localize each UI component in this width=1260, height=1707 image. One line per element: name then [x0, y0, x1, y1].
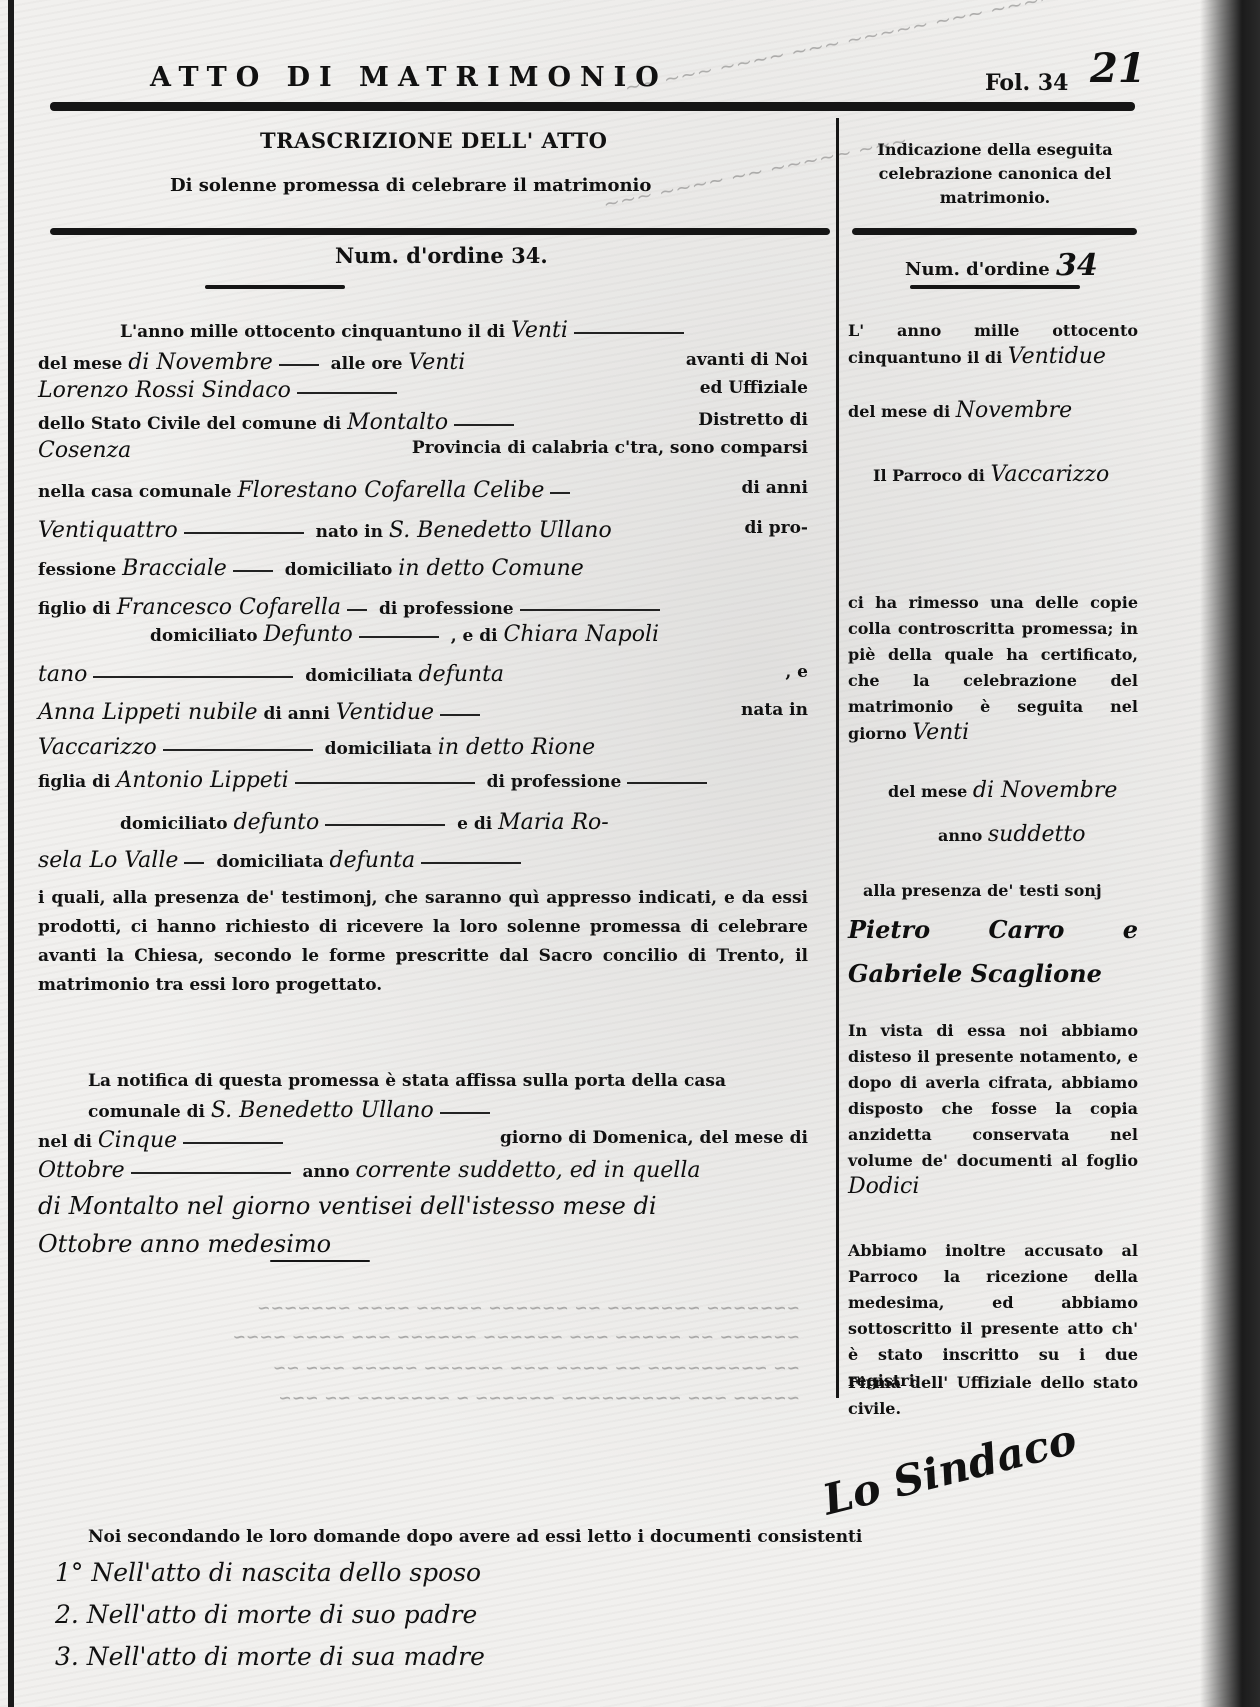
order-number: Num. d'ordine 34. [335, 243, 548, 268]
body-line-1: L'anno mille ottocento cinquantuno il di… [120, 318, 690, 343]
right-order-hand: 34 [1056, 248, 1098, 283]
bleed-through-text: ~~~~~ ~~~ ~~~~~~~~~ ~~~~~~ ~ ~~~~~~~ ~~ … [80, 1388, 800, 1407]
document-item-3: 3. Nell'atto di morte di sua madre [55, 1642, 485, 1671]
document-item-1: 1° Nell'atto di nascita dello sposo [55, 1558, 481, 1587]
right-registration-text: In vista di essa noi abbiamo disteso il … [848, 1018, 1138, 1201]
document-item-2: 2. Nell'atto di morte di suo padre [55, 1600, 477, 1629]
right-parish-line: Il Parroco di Vaccarizzo [848, 462, 1163, 489]
right-witness-label: alla presenza de' testi sonj [848, 878, 1153, 904]
section-rule [50, 228, 830, 235]
right-month-line: del mese di Novembre [848, 398, 1138, 425]
body-line-14: figlia di Antonio Lippeti di professione [38, 768, 808, 793]
official-signature: Lo Sindaco [818, 1414, 1081, 1524]
bleed-through-text: ~~~~~~~ ~~~~~~~ ~~ ~~~~~~ ~~~~~ ~~~~ ~~~… [80, 1298, 800, 1317]
notification-line-3: Ottobre anno corrente suddetto, ed in qu… [38, 1158, 808, 1183]
bleed-through-text: ~~~~~~ ~~ ~~~~~ ~~~ ~~~~~~ ~~~~~~ ~~~ ~~… [80, 1327, 800, 1346]
body-line-15: domiciliato defunto e di Maria Ro- [120, 810, 808, 835]
right-signature-label: Firma dell' Uffiziale dello stato civile… [848, 1370, 1138, 1422]
right-certification-text: ci ha rimesso una delle copie colla cont… [848, 590, 1138, 747]
body-line-13: Vaccarizzo domiciliata in detto Rione [38, 735, 808, 760]
body-line-16: sela Lo Valle domiciliata defunta [38, 848, 808, 873]
body-line-8: fessione Bracciale domiciliato in detto … [38, 556, 808, 581]
body-line-6: nella casa comunale Florestano Cofarella… [38, 478, 808, 503]
right-intro-text: L' anno mille ottocento cinquantuno il d… [848, 318, 1138, 371]
notification-handwritten-2: Ottobre anno medesimo [38, 1230, 331, 1258]
right-section-title: Indicazione della eseguita celebrazione … [855, 138, 1135, 210]
register-page: ~~ ~~~ ~~~~ ~~~ ~~~~~ ~~~ ~~~~ ~~~ ~~~~ … [0, 0, 1260, 1707]
short-rule [205, 285, 345, 289]
body-line-7: Ventiquattro nato in S. Benedetto Ullano… [38, 518, 808, 543]
column-divider [836, 118, 839, 1398]
notification-line-2: nel di Cinque giorno di Domenica, del me… [38, 1128, 808, 1153]
documents-intro: Noi secondando le loro domande dopo aver… [88, 1527, 862, 1547]
body-line-12: Anna Lippeti nubile di anni Ventidue nat… [38, 700, 808, 725]
body-line-9: figlio di Francesco Cofarella di profess… [38, 595, 808, 620]
promise-paragraph: i quali, alla presenza de' testimonj, ch… [38, 884, 808, 1000]
body-line-2: del mese di Novembre alle ore Venti avan… [38, 350, 808, 375]
right-short-rule [910, 285, 1080, 289]
body-line-10: domiciliato Defunto , e di Chiara Napoli [150, 622, 808, 647]
folio-handwritten-number: 21 [1090, 45, 1146, 92]
right-celebration-month: del mese di Novembre [848, 778, 1178, 805]
page-gutter-shadow [1200, 0, 1260, 1707]
body-line-5: Cosenza Provincia di calabria c'tra, son… [38, 438, 808, 463]
body-line-4: dello Stato Civile del comune di Montalt… [38, 410, 808, 435]
right-order-number: Num. d'ordine 34 [905, 248, 1098, 283]
header-rule [50, 102, 1135, 111]
right-section-rule [852, 228, 1137, 235]
blank-line [270, 1260, 370, 1262]
section-title: TRASCRIZIONE DELL' ATTO [260, 128, 607, 153]
bleed-through-text: ~~ ~~~~~~~~~ ~~ ~~~~ ~~~ ~~~~~~ ~~~~~ ~~… [80, 1358, 800, 1377]
right-celebration-year: anno suddetto [848, 822, 1228, 849]
notification-paragraph: La notifica di questa promessa è stata a… [88, 1066, 808, 1127]
folio-label: Fol. 34 [985, 70, 1068, 96]
body-line-11: tano domiciliata defunta , e [38, 662, 808, 687]
body-line-3: Lorenzo Rossi Sindaco ed Uffiziale [38, 378, 808, 403]
section-subtitle: Di solenne promessa di celebrare il matr… [170, 175, 651, 196]
notification-handwritten-1: di Montalto nel giorno ventisei dell'ist… [38, 1192, 657, 1220]
right-witness-names: Pietro Carro e Gabriele Scaglione [848, 908, 1138, 996]
binding-edge [8, 0, 14, 1707]
right-order-label: Num. d'ordine [905, 259, 1050, 280]
document-title: ATTO DI MATRIMONIO [150, 62, 668, 93]
